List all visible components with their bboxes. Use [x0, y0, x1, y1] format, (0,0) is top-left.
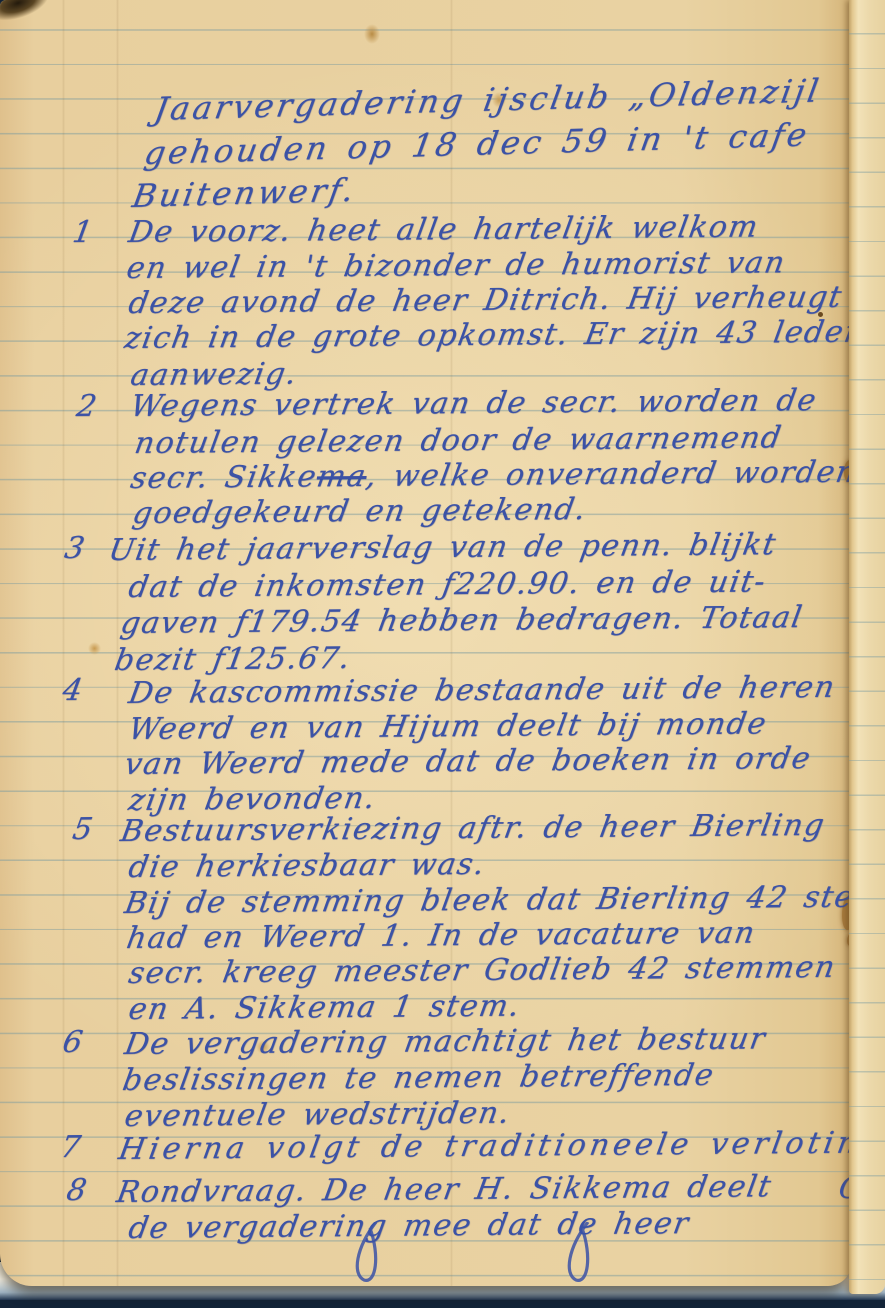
handwritten-line: en wel in 't bizonder de humorist van	[124, 246, 788, 286]
handwritten-line: goedgekeurd en getekend.	[130, 493, 589, 531]
handwritten-line: beslissingen te nemen betreffende	[120, 1059, 717, 1098]
item-number: 6	[60, 1026, 85, 1060]
line-segment: secr. Sikke	[128, 459, 320, 496]
handwritten-line: Rondvraag. De heer H. Sikkema deelt	[114, 1170, 774, 1210]
handwritten-line: die herkiesbaar was.	[126, 848, 488, 885]
line-segment: , welke onveranderd worden	[364, 455, 852, 494]
handwritten-line: Hierna volgt de traditioneele verlotin	[116, 1127, 852, 1167]
ink-descender-strokes	[330, 1222, 660, 1286]
handwritten-line: De vergadering machtigt het bestuur	[122, 1022, 769, 1062]
item-number: 5	[70, 813, 95, 847]
item-number: 3	[62, 532, 87, 566]
heading-line: Buitenwerf.	[130, 173, 359, 213]
handwritten-line: secr. kreeg meester Godlieb 42 stemmen	[126, 951, 838, 991]
item-number: 2	[74, 390, 99, 424]
paper-stain	[88, 642, 101, 655]
handwritten-line: en A. Sikkema 1 stem.	[126, 990, 523, 1027]
corner-damage	[0, 0, 53, 27]
handwritten-line: had en Weerd 1. In de vacature van	[124, 917, 758, 956]
handwritten-line: Weerd en van Hijum deelt bij monde	[126, 707, 770, 747]
handwritten-line: Bestuursverkiezing aftr. de heer Bierlin…	[118, 809, 828, 849]
next-page-edge	[849, 0, 885, 1294]
notebook-page: Jaarvergadering ijsclub „Oldenzijl gehou…	[0, 0, 852, 1286]
item-number: 8	[64, 1174, 89, 1208]
item-number: 4	[60, 674, 85, 708]
handwritten-line: zich in de grote opkomst. Er zijn 43 led…	[122, 316, 852, 356]
handwritten-line: Uit het jaarverslag van de penn. blijkt	[106, 528, 779, 568]
handwritten-line: gaven ƒ179.54 hebben bedragen. Totaal	[118, 601, 805, 641]
handwritten-line: dat de inkomsten ƒ220.90. en de uit-	[126, 565, 769, 605]
struck-text: ma	[314, 459, 369, 494]
handwritten-line: secr. Sikkema, welke onveranderd worden	[128, 456, 852, 496]
handwritten-line: Wegens vertrek van de secr. worden de	[128, 384, 820, 424]
paper-stain	[364, 24, 380, 44]
item-number: 7	[58, 1131, 83, 1165]
handwritten-line: van Weerd mede dat de boeken in orde	[122, 742, 814, 782]
handwritten-line: bezit ƒ125.67.	[112, 642, 354, 678]
scanned-notebook-page: Jaarvergadering ijsclub „Oldenzijl gehou…	[0, 0, 885, 1308]
handwritten-line: notulen gelezen door de waarnemend	[132, 421, 785, 461]
handwritten-line: De voorz. heet alle hartelijk welkom	[126, 211, 761, 250]
paper-crease	[62, 0, 65, 1286]
handwritten-line: De kascommissie bestaande uit de heren	[126, 671, 838, 711]
item-number: 1	[70, 216, 95, 250]
